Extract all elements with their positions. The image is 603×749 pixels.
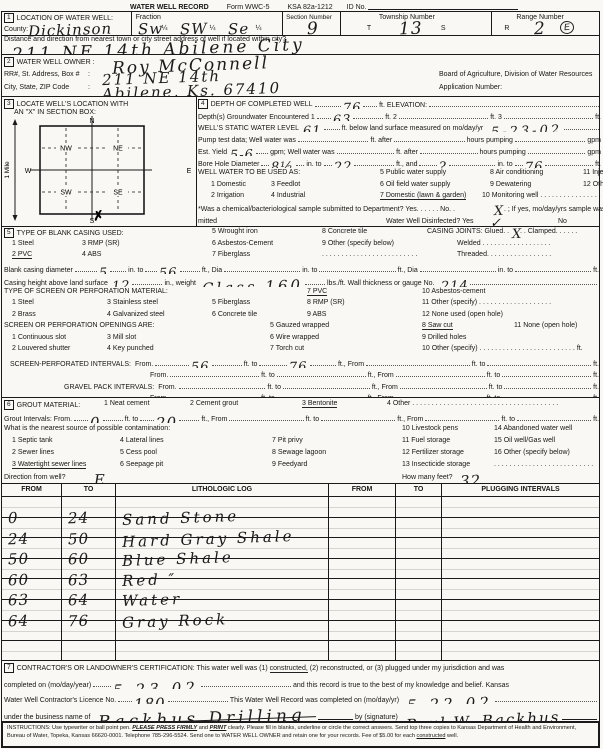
- use-option-12: 12 Other (Specify below): [583, 181, 603, 188]
- section-depth: 4DEPTH OF COMPLETED WELL 76 ft. ELEVATIO…: [198, 97, 601, 226]
- dotted-leader: [394, 140, 464, 142]
- ft-to-label: ft. to: [472, 361, 486, 368]
- screen-option-9: 9 ABS: [307, 311, 326, 318]
- casing-option-4: 4 ABS: [82, 251, 101, 258]
- east-label: E: [187, 168, 192, 175]
- section-grout: 6GROUT MATERIAL: 1 Neat cement 2 Cement …: [1, 397, 600, 484]
- certification-text-3: and this record is true to the best of m…: [293, 682, 509, 689]
- ft-from-label: ft., From: [397, 416, 423, 423]
- city-value: Abilene, Ks. 67410: [102, 88, 281, 94]
- from-value: 60: [8, 579, 29, 580]
- dotted-leader: [118, 700, 132, 702]
- contamination-title: What is the nearest source of possible c…: [4, 425, 170, 432]
- dotted-leader: [310, 364, 336, 366]
- dotted-leader: [354, 164, 394, 166]
- by-signature-label: by (signature): [355, 714, 398, 721]
- ft-from-label: ft., From: [338, 361, 364, 368]
- dotted-leader: [449, 164, 495, 166]
- dotted-leader: [353, 117, 383, 119]
- table-row: 0 24 Sand Stone: [2, 496, 599, 517]
- dotted-leader: [321, 419, 395, 421]
- col-header-from-1: FROM: [2, 484, 62, 496]
- range-cell: Range Number R 2 E: [492, 12, 599, 35]
- dotted-leader: [132, 283, 162, 285]
- to-value: 60: [68, 559, 89, 560]
- yield-gpm-label: gpm; Well water was: [270, 149, 334, 156]
- from-value: 24: [8, 538, 29, 539]
- opening-option-6: 6 Wire wrapped: [270, 334, 319, 341]
- ft-dia-label: ft., Dia: [202, 267, 222, 274]
- township-s: S: [441, 25, 446, 32]
- opening-option-9: 9 Drilled holes: [422, 334, 466, 341]
- well-location-x-mark: ✗: [92, 207, 105, 223]
- use-option-11: 11 Injection well: [583, 169, 603, 176]
- fraction-2: SW: [180, 29, 208, 30]
- table-row: 50 60 Blue Shale: [2, 537, 599, 558]
- static-water-level-label-2: ft. below land surface measured on mo/da…: [342, 125, 484, 132]
- license-value: 180: [134, 703, 166, 704]
- from-label: From.: [135, 361, 153, 368]
- signature-line: [562, 718, 597, 720]
- table-row: 64 76 Gray Rock: [2, 599, 599, 620]
- use-title: WELL WATER TO BE USED AS:: [198, 169, 300, 176]
- dotted-leader: [337, 152, 395, 154]
- screen-option-1: 1 Steel: [12, 299, 34, 306]
- dotted-leader: [317, 117, 331, 119]
- screen-option-7-selected: 7 PVC: [307, 288, 327, 296]
- section4-number: 4: [198, 99, 208, 109]
- dotted-leader: [155, 364, 189, 366]
- log-value: Water: [122, 599, 182, 601]
- dotted-leader: [429, 105, 599, 107]
- section-grid-icon: 1 Mile NW NE SW SE: [2, 116, 195, 224]
- ft-to-label: ft. to: [267, 384, 281, 391]
- dotted-leader: [545, 164, 593, 166]
- use-option-4: 4 Industrial: [271, 192, 305, 199]
- form-statute: KSA 82a-1212: [287, 4, 332, 11]
- use-option-6: 6 Oil field water supply: [380, 181, 450, 188]
- gpm-label: gpm: [587, 137, 601, 144]
- screen-material-title: TYPE OF SCREEN OR PERFORATION MATERIAL:: [4, 288, 168, 295]
- ft-label: ft.: [593, 416, 599, 423]
- one-mile-label: 1 Mile: [4, 161, 11, 179]
- fraction-3: Se: [228, 29, 249, 30]
- col-header-plugging-intervals: PLUGGING INTERVALS: [442, 484, 599, 496]
- instructions-fragment: and: [197, 725, 209, 731]
- use-option-8: 8 Air conditioning: [490, 169, 543, 176]
- screen-option-2: 2 Brass: [12, 311, 36, 318]
- casing-joints-glued-label: CASING JOINTS: Glued. .: [427, 228, 509, 235]
- ne-label: NE: [113, 146, 123, 153]
- welded-label: Welded . . . . . . . . . . . . . . . . .…: [457, 240, 551, 247]
- dotted-leader: [504, 387, 591, 389]
- use-option-7-selected: 7 Domestic (lawn & garden): [380, 192, 466, 200]
- dotted-leader: [366, 364, 470, 366]
- contamination-option-9: 9 Feedyard: [272, 461, 307, 468]
- dotted-leader: [502, 375, 591, 377]
- casing-height-label: Casing height above land surface: [4, 280, 108, 287]
- screen-option-3: 3 Stainless steel: [107, 299, 158, 306]
- contamination-option-14: 14 Abandoned water well: [494, 425, 572, 432]
- contamination-other-blank: . . . . . . . . . . . . . . . . . . . . …: [494, 461, 593, 468]
- sample-question-label: *Was a chemical/bacteriological sample s…: [198, 206, 455, 213]
- casing-option-9: 9 Other (specify below): [322, 240, 394, 247]
- log-value: Blue Shale: [122, 557, 234, 561]
- completed-on-label: completed on (mo/day/year): [4, 682, 91, 689]
- casing-option-2-selected: 2 PVC: [12, 251, 32, 259]
- dotted-leader: [504, 117, 593, 119]
- in-to-label: in. to: [498, 267, 513, 274]
- table-row: 24 50 Hard Gray Shale: [2, 517, 599, 538]
- use-option-5: 5 Public water supply: [380, 169, 446, 176]
- in-to-label: in. to: [497, 161, 512, 168]
- dotted-leader: [319, 270, 395, 272]
- gravel-pack-intervals-label: GRAVEL PACK INTERVALS:: [64, 384, 154, 391]
- county-cell: 1LOCATION OF WATER WELL: County: Dickins…: [2, 12, 132, 35]
- from-value: 63: [8, 600, 29, 601]
- dotted-leader: [170, 375, 259, 377]
- table-header-row: FROM TO LITHOLOGIC LOG FROM TO PLUGGING …: [2, 484, 599, 496]
- section2-number: 2: [4, 57, 14, 67]
- from-label: From.: [150, 372, 168, 379]
- to-value: 63: [68, 579, 89, 580]
- opening-option-2: 2 Louvered shutter: [12, 345, 70, 352]
- quarter-2: ¼: [210, 25, 216, 32]
- hours-pumping-label: hours pumping: [467, 137, 513, 144]
- grout-title: GROUT MATERIAL:: [17, 402, 81, 409]
- contamination-option-3-selected: 3 Watertight sewer lines: [12, 461, 86, 469]
- use-option-2: 2 Irrigation: [211, 192, 244, 199]
- contamination-option-11: 11 Fuel storage: [402, 437, 450, 444]
- press-firmly-emphasis: PLEASE PRESS FIRMLY: [132, 725, 197, 731]
- use-option-1: 1 Domestic: [211, 181, 246, 188]
- instructions-fragment: INSTRUCTIONS: Use typewriter or ball poi…: [7, 725, 132, 731]
- ft-label: ft.: [593, 384, 599, 391]
- ft-to-label: ft. to: [125, 416, 139, 423]
- contamination-option-4: 4 Lateral lines: [120, 437, 164, 444]
- dotted-leader: [470, 283, 597, 285]
- certification-text-2: (2) reconstructed, or (3) plugged under …: [308, 665, 504, 672]
- dotted-leader: [305, 283, 325, 285]
- form-header: WATER WELL RECORD Form WWC-5 KSA 82a-121…: [0, 1, 601, 11]
- ft-label: ft.: [593, 372, 599, 379]
- casing-option-1: 1 Steel: [12, 240, 34, 247]
- feet-value: 32: [460, 480, 481, 481]
- dotted-leader: [145, 270, 157, 272]
- casing-option-8: 8 Concrete tile: [322, 228, 367, 235]
- dotted-leader: [201, 685, 291, 687]
- opening-option-11: 11 None (open hole): [514, 322, 577, 329]
- opening-option-1: 1 Continuous slot: [12, 334, 66, 341]
- record-date-value: 5-22-02: [407, 703, 493, 704]
- constructed-emphasis: constructed: [417, 733, 446, 739]
- address-value: 211 NE 14th: [102, 76, 221, 80]
- certification-text-1: CONTRACTOR'S OR LANDOWNER'S CERTIFICATIO…: [17, 665, 270, 672]
- quarter-3: ¼: [256, 25, 262, 32]
- contamination-option-7: 7 Pit privy: [272, 437, 303, 444]
- ft-to-label: ft. to: [261, 372, 275, 379]
- disinfected-label: Water Well Disinfected? Yes: [386, 218, 474, 225]
- dotted-leader: [528, 152, 586, 154]
- record-completed-label: This Water Well Record was completed on …: [230, 697, 399, 704]
- application-number-label: Application Number:: [439, 84, 502, 91]
- dotted-leader: [179, 387, 266, 389]
- screen-perforated-intervals-label: SCREEN-PERFORATED INTERVALS:: [10, 361, 131, 368]
- to-value: 76: [68, 621, 89, 622]
- contamination-option-15: 15 Oil well/Gas well: [494, 437, 555, 444]
- id-blank-line: [368, 8, 518, 10]
- screen-option-10: 10 Asbestos-cement: [422, 288, 485, 295]
- screen-option-5: 5 Fiberglass: [212, 299, 250, 306]
- elevation-label: ft. ELEVATION:: [379, 102, 427, 109]
- blank-line: [318, 718, 353, 720]
- col-header-from-2: FROM: [329, 484, 396, 496]
- ft-to-label: ft. to: [501, 416, 515, 423]
- dotted-leader: [261, 164, 269, 166]
- mitted-label: mitted: [198, 218, 217, 225]
- section3-title-2: AN "X" IN SECTION BOX:: [2, 109, 196, 116]
- table-row: 60 63 Red ″: [2, 558, 599, 579]
- opening-option-3: 3 Mill slot: [107, 334, 136, 341]
- screen-option-12: 12 None used (open hole): [422, 311, 503, 318]
- dotted-leader: [425, 419, 499, 421]
- ft-and-label: ft., and: [396, 161, 417, 168]
- section-number-cell: Section Number 9: [283, 12, 341, 35]
- dotted-leader: [168, 700, 228, 702]
- use-option-10: 10 Monitoring well . . . . . . . . . . .…: [482, 192, 603, 199]
- section-box-diagram: 3LOCATE WELL'S LOCATION WITH AN "X" IN S…: [2, 97, 197, 226]
- contamination-option-12: 12 Fertilizer storage: [402, 449, 464, 456]
- ft-to-label: ft. to: [306, 416, 320, 423]
- log-value: Sand Stone: [122, 516, 239, 520]
- to-value: 64: [68, 600, 89, 601]
- form-title: WATER WELL RECORD: [130, 4, 209, 11]
- constructed-selected: constructed,: [270, 665, 308, 673]
- log-value: Red ″: [122, 579, 177, 581]
- instructions-box: INSTRUCTIONS: Use typewriter or ball poi…: [1, 721, 600, 748]
- table-row: [2, 620, 599, 641]
- casing-option-3: 3 RMP (SR): [82, 240, 120, 247]
- casing-option-6: 6 Asbestos-Cement: [212, 240, 273, 247]
- opening-option-5: 5 Gauzed wrapped: [270, 322, 329, 329]
- dotted-leader: [256, 152, 268, 154]
- dotted-leader: [487, 364, 591, 366]
- license-label: Water Well Contractor's Licence No.: [4, 697, 116, 704]
- opening-option-8-selected: 8 Saw cut: [422, 322, 453, 330]
- sample-question-label-2: . ; If yes, mo/day/yrs sample was sub-: [504, 206, 603, 213]
- ft-from-label: ft., From: [368, 372, 394, 379]
- nw-label: NW: [60, 146, 72, 153]
- groundwater-2-label: ft. 2: [385, 114, 397, 121]
- dotted-leader: [277, 375, 366, 377]
- ft-after-label: ft. after: [370, 137, 392, 144]
- se-label: SE: [113, 190, 123, 197]
- instructions-fragment: well.: [445, 733, 458, 739]
- distance-row: Distance and direction from nearest town…: [2, 36, 599, 56]
- bore-hole-label: Bore Hole Diameter: [198, 161, 259, 168]
- township-value: 13: [399, 29, 423, 30]
- dotted-leader: [400, 387, 487, 389]
- grout-option-2: 2 Cement grout: [190, 400, 238, 407]
- casing-title: TYPE OF BLANK CASING USED:: [17, 230, 124, 237]
- north-label: N: [89, 118, 94, 125]
- table-row: 63 64 Water: [2, 578, 599, 599]
- measured-date-value: 5-23-02: [491, 131, 562, 132]
- dotted-leader: [74, 419, 88, 421]
- section-certification: 7CONTRACTOR'S OR LANDOWNER'S CERTIFICATI…: [1, 660, 600, 722]
- openings-title: SCREEN OR PERFORATION OPENINGS ARE:: [4, 322, 154, 329]
- dotted-leader: [564, 128, 599, 130]
- section-casing: 5TYPE OF BLANK CASING USED: 5 Wrought ir…: [1, 226, 600, 398]
- from-value: 64: [8, 621, 29, 622]
- county-value: Dickinson: [28, 29, 112, 32]
- board-label: Board of Agriculture, Division of Water …: [439, 71, 592, 78]
- table-row: [2, 640, 599, 661]
- depth-label: DEPTH OF COMPLETED WELL: [211, 101, 313, 108]
- contamination-option-8: 8 Sewage lagoon: [272, 449, 326, 456]
- dotted-leader: [259, 364, 287, 366]
- screen-option-11: 11 Other (specify) . . . . . . . . . . .…: [422, 299, 551, 306]
- township-cell: Township Number T 13 S: [341, 12, 493, 35]
- screen-option-6: 6 Concrete tile: [212, 311, 257, 318]
- completed-date-value: 5-23-02: [113, 688, 199, 689]
- casing-option-other-blank: . . . . . . . . . . . . . . . . . . . . …: [322, 251, 417, 258]
- section-location-depth: 3LOCATE WELL'S LOCATION WITH AN "X" IN S…: [1, 96, 600, 227]
- to-value: 50: [68, 538, 89, 539]
- range-direction-circled: E: [560, 20, 575, 34]
- west-label: W: [25, 168, 32, 175]
- weight-label: in., weight: [164, 280, 196, 287]
- lithologic-log-table: FROM TO LITHOLOGIC LOG FROM TO PLUGGING …: [1, 483, 600, 661]
- water-well-record-form: WATER WELL RECORD Form WWC-5 KSA 82a-121…: [0, 0, 603, 749]
- disinfected-no-label: No: [558, 218, 567, 225]
- blank-casing-diameter-label: Blank casing diameter: [4, 267, 73, 274]
- dotted-leader: [212, 364, 242, 366]
- ft-to-label: ft. to: [489, 384, 503, 391]
- wall-thickness-label: lbs./ft. Wall thickness or gauge No.: [327, 280, 435, 287]
- dotted-leader: [283, 387, 370, 389]
- section7-number: 7: [4, 663, 14, 673]
- casing-option-7: 7 Fiberglass: [212, 251, 250, 258]
- log-value: Hard Gray Shale: [122, 536, 294, 542]
- dotted-leader: [103, 419, 123, 421]
- log-value: Gray Rock: [122, 619, 228, 623]
- dotted-leader: [298, 140, 368, 142]
- dotted-leader: [179, 419, 199, 421]
- from-label: From.: [158, 384, 176, 391]
- contamination-option-2: 2 Sewer lines: [12, 449, 54, 456]
- ft-label: ft.: [595, 161, 601, 168]
- contamination-option-16: 16 Other (specify below): [494, 449, 570, 456]
- grout-option-4: 4 Other . . . . . . . . . . . . . . . . …: [387, 400, 558, 407]
- dotted-leader: [363, 105, 377, 107]
- ft-after-label: ft. after: [396, 149, 418, 156]
- contamination-option-6: 6 Seepage pit: [120, 461, 163, 468]
- dotted-leader: [420, 152, 478, 154]
- est-yield-label: Est. Yield: [198, 149, 227, 156]
- dotted-leader: [420, 270, 496, 272]
- col-header-lithologic-log: LITHOLOGIC LOG: [116, 484, 329, 496]
- ft-label: ft.: [595, 114, 601, 121]
- section5-number: 5: [4, 228, 14, 238]
- sw-label: SW: [60, 190, 72, 197]
- fraction-cell: Fraction Sw ¼ SW ¼ Se ¼: [132, 12, 284, 35]
- dotted-leader: [296, 164, 304, 166]
- dotted-leader: [140, 419, 154, 421]
- ft-from-label: ft., From: [372, 384, 398, 391]
- groundwater-label: Depth(s) Groundwater Encountered 1: [198, 114, 315, 121]
- ft-to-label: ft. to: [244, 361, 258, 368]
- grout-option-1: 1 Neat cement: [104, 400, 150, 407]
- dotted-leader: [324, 128, 340, 130]
- contamination-option-1: 1 Septic tank: [12, 437, 52, 444]
- form-id-label: ID No.: [347, 4, 367, 11]
- ft-label: ft.: [593, 267, 599, 274]
- print-emphasis: PRINT: [210, 725, 227, 731]
- gpm-label: gpm: [587, 149, 601, 156]
- contamination-option-10: 10 Livestock pens: [402, 425, 458, 432]
- screen-option-8: 8 RMP (SR): [307, 299, 345, 306]
- section6-number: 6: [4, 400, 14, 410]
- section1-number: 1: [4, 13, 14, 23]
- range-direction: E: [564, 22, 571, 33]
- col-header-to-2: TO: [396, 484, 442, 496]
- dotted-leader: [419, 164, 437, 166]
- casing-option-5: 5 Wrought iron: [212, 228, 258, 235]
- col-header-to-1: TO: [62, 484, 116, 496]
- grout-option-3-selected: 3 Bentonite: [302, 400, 337, 408]
- quarter-1: ¼: [162, 25, 168, 32]
- dotted-leader: [396, 375, 485, 377]
- county-label: County:: [4, 26, 28, 33]
- section3-title-1: LOCATE WELL'S LOCATION WITH: [17, 101, 129, 108]
- range-r: R: [504, 25, 509, 32]
- dotted-leader: [93, 685, 111, 687]
- ft-dia-label: ft., Dia: [398, 267, 418, 274]
- section3-number: 3: [4, 99, 14, 109]
- opening-option-10: 10 Other (specify) . . . . . . . . . . .…: [422, 345, 583, 352]
- dotted-leader: [515, 270, 591, 272]
- city-label: City, State, ZIP Code: [4, 84, 69, 91]
- contamination-option-5: 5 Cess pool: [120, 449, 157, 456]
- dotted-leader: [517, 419, 591, 421]
- opening-option-4: 4 Key punched: [107, 345, 154, 352]
- opening-option-7: 7 Torch cut: [270, 345, 304, 352]
- grout-intervals-label: Grout Intervals: From.: [4, 416, 72, 423]
- how-many-feet-label: How many feet?: [402, 474, 453, 481]
- static-water-level-label: WELL'S STATIC WATER LEVEL: [198, 125, 299, 132]
- threaded-label: Threaded. . . . . . . . . . . . . . . . …: [457, 251, 551, 258]
- hours-pumping-label: hours pumping: [480, 149, 526, 156]
- dotted-leader: [495, 700, 597, 702]
- use-option-9: 9 Dewatering: [490, 181, 531, 188]
- fraction-1: Sw: [138, 29, 163, 30]
- dotted-leader: [75, 270, 97, 272]
- section-owner: 2WATER WELL OWNER : Roy McConnell RR#, S…: [1, 54, 600, 97]
- use-option-3: 3 Feedlot: [271, 181, 300, 188]
- dotted-leader: [515, 140, 585, 142]
- ft-label: ft.: [593, 361, 599, 368]
- groundwater-3-label: ft. 3: [490, 114, 502, 121]
- dotted-leader: [515, 164, 523, 166]
- in-to-label: in. to: [128, 267, 143, 274]
- address-colon: :: [88, 71, 90, 78]
- dotted-leader: [399, 117, 488, 119]
- ft-from-label: ft., From: [201, 416, 227, 423]
- dotted-leader: [315, 105, 341, 107]
- from-value: 50: [8, 559, 29, 560]
- to-value: 24: [68, 518, 89, 519]
